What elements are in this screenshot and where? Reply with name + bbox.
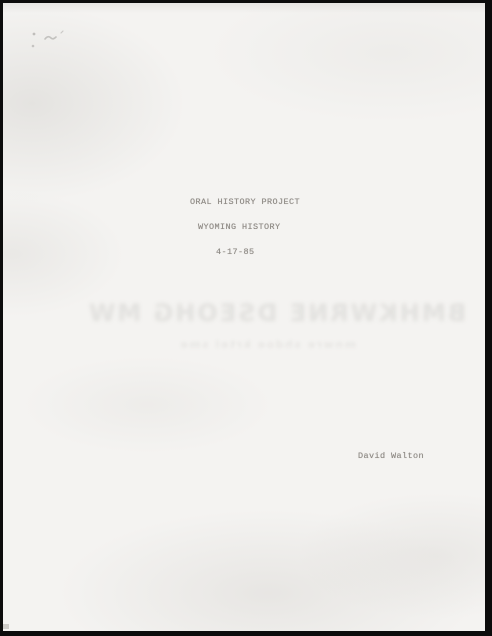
title-line-project: ORAL HISTORY PROJECT bbox=[190, 197, 300, 207]
title-line-course: WYOMING HISTORY bbox=[198, 222, 281, 232]
scan-artifact-notch bbox=[3, 624, 9, 629]
scanned-page: BMHKWRNE DSEOHG MWRBKE STNHD mnwre shdoe… bbox=[0, 0, 492, 636]
paper-sheet: BMHKWRNE DSEOHG MWRBKE STNHD mnwre shdoe… bbox=[3, 3, 485, 631]
author-name: David Walton bbox=[358, 451, 424, 461]
bleedthrough-text-primary: BMHKWRNE DSEOHG MWRBKE STNHD bbox=[88, 299, 466, 331]
bleedthrough-text-secondary: mnwre shdoe krtel sme bbox=[171, 338, 356, 353]
title-line-date: 4-17-85 bbox=[216, 247, 255, 257]
pencil-scribble-mark bbox=[21, 19, 81, 55]
